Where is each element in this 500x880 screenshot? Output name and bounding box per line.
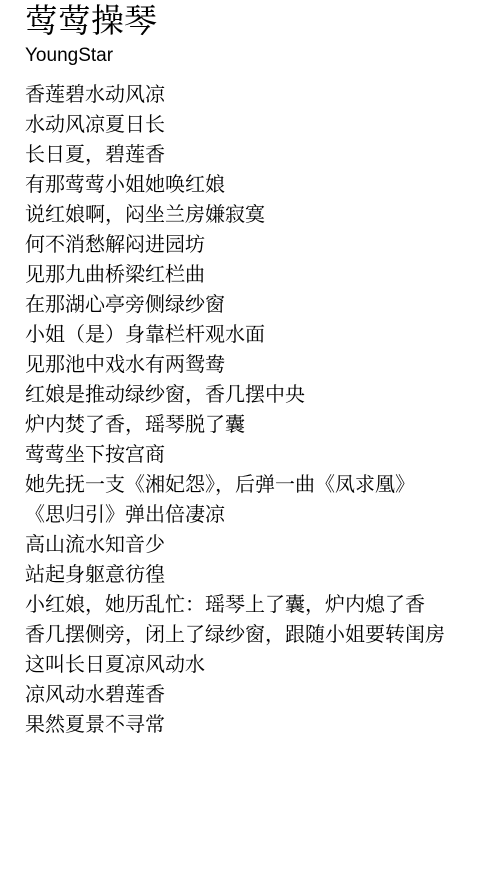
lyrics: 香莲碧水动风凉 水动风凉夏日长 长日夏，碧莲香 有那莺莺小姐她唤红娘 说红娘啊，… bbox=[25, 80, 475, 740]
lyric-line: 见那池中戏水有两鸳鸯 bbox=[25, 350, 475, 380]
lyric-line: 小姐（是）身靠栏杆观水面 bbox=[25, 320, 475, 350]
lyric-line: 高山流水知音少 bbox=[25, 530, 475, 560]
lyric-line: 红娘是推动绿纱窗，香几摆中央 bbox=[25, 380, 475, 410]
lyric-line: 小红娘，她历乱忙：瑶琴上了囊，炉内熄了香 bbox=[25, 590, 475, 620]
lyric-line: 香莲碧水动风凉 bbox=[25, 80, 475, 110]
lyric-line: 何不消愁解闷进园坊 bbox=[25, 230, 475, 260]
lyric-line: 这叫长日夏凉风动水 bbox=[25, 650, 475, 680]
page-title: 莺莺操琴 bbox=[25, 2, 475, 40]
lyric-line: 长日夏，碧莲香 bbox=[25, 140, 475, 170]
lyric-line: 水动风凉夏日长 bbox=[25, 110, 475, 140]
lyric-line: 莺莺坐下按宫商 bbox=[25, 440, 475, 470]
lyric-line: 香几摆侧旁，闭上了绿纱窗，跟随小姐要转闺房 bbox=[25, 620, 475, 650]
lyric-line: 《思归引》弹出倍凄凉 bbox=[25, 500, 475, 530]
lyric-line: 说红娘啊，闷坐兰房嫌寂寞 bbox=[25, 200, 475, 230]
lyric-line: 凉风动水碧莲香 bbox=[25, 680, 475, 710]
lyric-line: 果然夏景不寻常 bbox=[25, 710, 475, 740]
lyric-line: 见那九曲桥梁红栏曲 bbox=[25, 260, 475, 290]
lyric-line: 站起身躯意彷徨 bbox=[25, 560, 475, 590]
lyric-line: 在那湖心亭旁侧绿纱窗 bbox=[25, 290, 475, 320]
lyric-line: 炉内焚了香，瑶琴脱了囊 bbox=[25, 410, 475, 440]
lyric-line: 有那莺莺小姐她唤红娘 bbox=[25, 170, 475, 200]
artist-name: YoungStar bbox=[25, 44, 475, 68]
lyrics-page: 莺莺操琴 YoungStar 香莲碧水动风凉 水动风凉夏日长 长日夏，碧莲香 有… bbox=[0, 0, 500, 880]
lyric-line: 她先抚一支《湘妃怨》，后弹一曲《凤求凰》 bbox=[25, 470, 475, 500]
